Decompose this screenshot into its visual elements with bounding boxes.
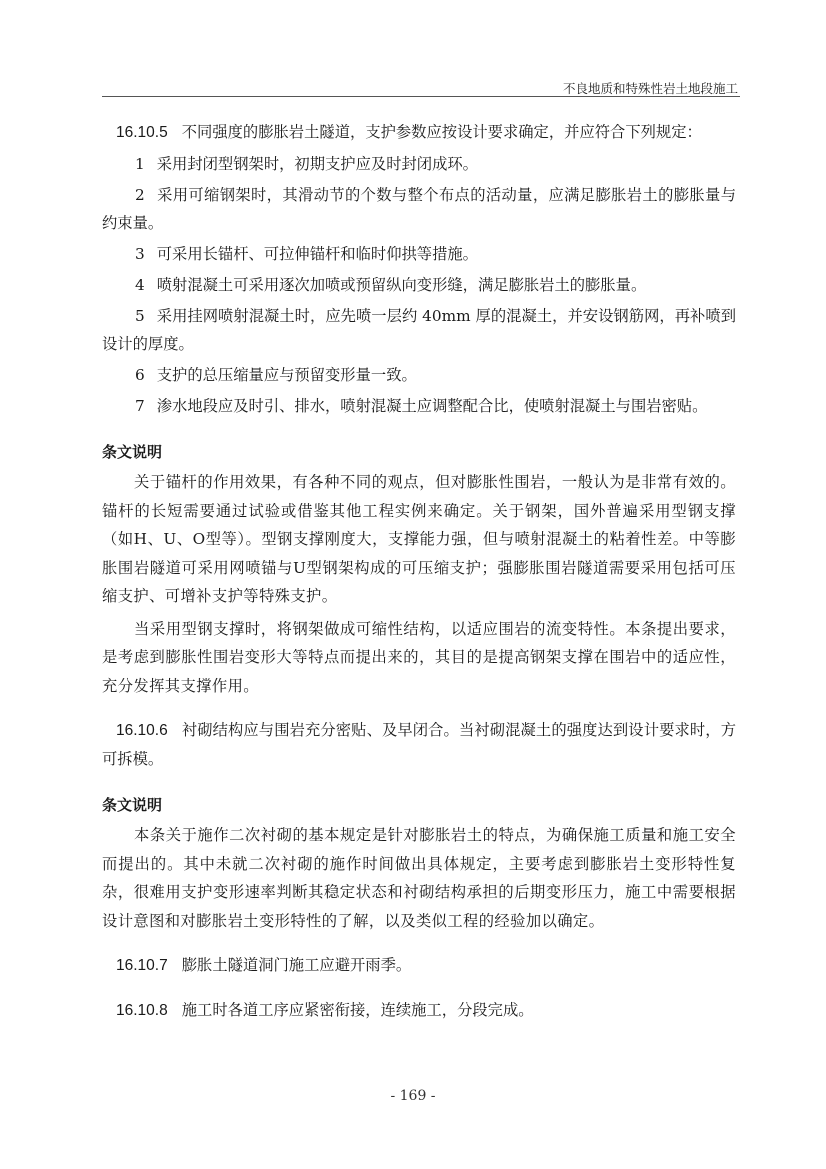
item-number: 2 (135, 186, 145, 204)
clause-16-10-7: 16.10.7膨胀土隧道洞门施工应避开雨季。 (102, 951, 736, 980)
item-text: 可采用长锚杆、可拉伸锚杆和临时仰拱等措施。 (157, 245, 478, 263)
spacer (102, 935, 736, 951)
item-text: 采用封闭型钢架时，初期支护应及时封闭成环。 (157, 155, 478, 173)
explanation-heading: 条文说明 (102, 438, 736, 466)
list-item: 5采用挂网喷射混凝土时，应先喷一层约 40mm 厚的混凝土，并安设钢筋网，再补喷… (102, 302, 736, 358)
list-item: 1采用封闭型钢架时，初期支护应及时封闭成环。 (102, 150, 736, 178)
explanation-paragraph: 本条关于施作二次衬砌的基本规定是针对膨胀岩土的特点，为确保施工质量和施工安全而提… (102, 821, 736, 935)
list-item: 7渗水地段应及时引、排水，喷射混凝土应调整配合比，使喷射混凝土与围岩密贴。 (102, 392, 736, 420)
clause-16-10-5: 16.10.5不同强度的膨胀岩土隧道，支护参数应按设计要求确定，并应符合下列规定… (102, 118, 736, 147)
running-header: 不良地质和特殊性岩土地段施工 (102, 76, 740, 97)
clause-16-10-8: 16.10.8施工时各道工序应紧密衔接，连续施工，分段完成。 (102, 996, 736, 1025)
item-text: 采用可缩钢架时，其滑动节的个数与整个布点的活动量，应满足膨胀岩土的膨胀量与约束量… (102, 186, 736, 232)
clause-text: 不同强度的膨胀岩土隧道，支护参数应按设计要求确定，并应符合下列规定： (182, 123, 702, 141)
list-item: 6支护的总压缩量应与预留变形量一致。 (102, 361, 736, 389)
explanation-heading: 条文说明 (102, 791, 736, 819)
page-number: - 169 - (0, 1088, 826, 1104)
list-item: 4喷射混凝土可采用逐次加喷或预留纵向变形缝，满足膨胀岩土的膨胀量。 (102, 271, 736, 299)
item-number: 3 (135, 245, 145, 263)
item-text: 喷射混凝土可采用逐次加喷或预留纵向变形缝，满足膨胀岩土的膨胀量。 (157, 276, 647, 294)
clause-number: 16.10.8 (116, 1002, 168, 1019)
header-title: 不良地质和特殊性岩土地段施工 (563, 79, 738, 97)
item-text: 渗水地段应及时引、排水，喷射混凝土应调整配合比，使喷射混凝土与围岩密贴。 (157, 397, 708, 415)
explanation-paragraph: 当采用型钢支撑时，将钢架做成可缩性结构，以适应围岩的流变特性。本条提出要求，是考… (102, 615, 736, 701)
item-text: 支护的总压缩量应与预留变形量一致。 (157, 366, 417, 384)
spacer (102, 700, 736, 716)
spacer (102, 980, 736, 996)
item-number: 1 (135, 155, 145, 173)
item-number: 4 (135, 276, 145, 294)
item-number: 6 (135, 366, 145, 384)
clause-text: 衬砌结构应与围岩充分密贴、及早闭合。当衬砌混凝土的强度达到设计要求时，方可拆模。 (102, 721, 736, 768)
list-item: 2采用可缩钢架时，其滑动节的个数与整个布点的活动量，应满足膨胀岩土的膨胀量与约束… (102, 181, 736, 237)
clause-number: 16.10.7 (116, 957, 168, 974)
clause-text: 施工时各道工序应紧密衔接，连续施工，分段完成。 (182, 1001, 534, 1019)
clause-16-10-6: 16.10.6衬砌结构应与围岩充分密贴、及早闭合。当衬砌混凝土的强度达到设计要求… (102, 716, 736, 773)
list-item: 3可采用长锚杆、可拉伸锚杆和临时仰拱等措施。 (102, 240, 736, 268)
page-body: 16.10.5不同强度的膨胀岩土隧道，支护参数应按设计要求确定，并应符合下列规定… (102, 118, 736, 1025)
item-text: 采用挂网喷射混凝土时，应先喷一层约 40mm 厚的混凝土，并安设钢筋网，再补喷到… (102, 307, 736, 353)
explanation-paragraph: 关于锚杆的作用效果，有各种不同的观点，但对膨胀性围岩，一般认为是非常有效的。锚杆… (102, 468, 736, 611)
item-number: 7 (135, 397, 145, 415)
clause-number: 16.10.6 (116, 722, 168, 739)
clause-number: 16.10.5 (116, 124, 168, 141)
clause-text: 膨胀土隧道洞门施工应避开雨季。 (182, 956, 411, 974)
item-number: 5 (135, 307, 145, 325)
